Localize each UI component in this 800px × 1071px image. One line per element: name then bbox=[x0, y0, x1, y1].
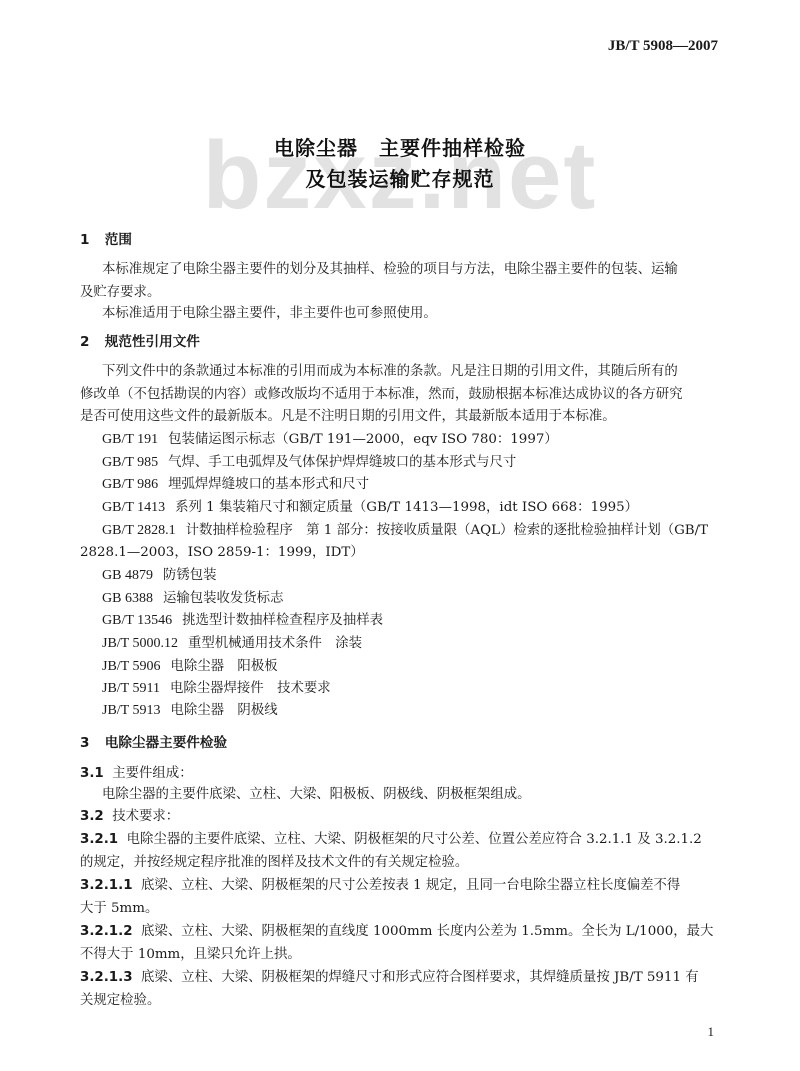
clause-number: 3.2.1 bbox=[80, 832, 118, 847]
section-number: 2 bbox=[80, 334, 100, 350]
clause-3-2-1-3-line2: 关规定检验。 bbox=[80, 993, 160, 1009]
reference-item: GB/T 986埋弧焊焊缝坡口的基本形式和尺寸 bbox=[102, 477, 369, 493]
reference-title: 计数抽样检验程序 第 1 部分：按接收质量限（AQL）检索的逐批检验抽样计划（G… bbox=[186, 523, 708, 538]
section-title: 范围 bbox=[105, 232, 132, 248]
clause-text: 底梁、立柱、大梁、阴极框架的尺寸公差按表 1 规定，且同一台电除尘器立柱长度偏差… bbox=[141, 878, 680, 893]
reference-item: GB/T 2828.1计数抽样检验程序 第 1 部分：按接收质量限（AQL）检索… bbox=[102, 523, 708, 539]
reference-title: 挑选型计数抽样检查程序及抽样表 bbox=[182, 613, 383, 628]
reference-title: 埋弧焊焊缝坡口的基本形式和尺寸 bbox=[168, 477, 369, 492]
section-title: 电除尘器主要件检验 bbox=[105, 735, 227, 751]
reference-title: 电除尘器 阴极线 bbox=[170, 703, 277, 718]
section-1-para1-line2: 及贮存要求。 bbox=[80, 285, 160, 301]
section-2-intro-line1: 下列文件中的条款通过本标准的引用而成为本标准的条款。凡是注日期的引用文件，其随后… bbox=[102, 364, 678, 380]
document-page: JB/T 5908—2007 bzxz.net 电除尘器 主要件抽样检验 及包装… bbox=[0, 0, 800, 1071]
reference-code: JB/T 5000.12 bbox=[102, 636, 178, 652]
reference-item: JB/T 5911电除尘器焊接件 技术要求 bbox=[102, 681, 331, 697]
page-number: 1 bbox=[708, 1024, 715, 1040]
reference-title: 气焊、手工电弧焊及气体保护焊焊缝坡口的基本形式与尺寸 bbox=[168, 455, 516, 470]
reference-code: JB/T 5911 bbox=[102, 681, 160, 697]
reference-code: GB/T 13546 bbox=[102, 613, 172, 629]
reference-item: GB/T 191包装储运图示标志（GB/T 191—2000，eqv ISO 7… bbox=[102, 432, 558, 448]
reference-title: 系列 1 集装箱尺寸和额定质量（GB/T 1413—1998，idt ISO 6… bbox=[175, 500, 638, 515]
clause-number: 3.2 bbox=[80, 809, 104, 824]
reference-title: 运输包装收发货标志 bbox=[163, 591, 284, 606]
reference-title: 电除尘器 阳极板 bbox=[170, 659, 277, 674]
clause-number: 3.2.1.2 bbox=[80, 924, 133, 939]
clause-3-2: 3.2 技术要求： bbox=[80, 809, 179, 825]
reference-item: JB/T 5913电除尘器 阴极线 bbox=[102, 703, 278, 719]
clause-3-2-1-3-line1: 3.2.1.3 底梁、立柱、大梁、阴极框架的焊缝尺寸和形式应符合图样要求，其焊缝… bbox=[80, 970, 699, 986]
standard-code: JB/T 5908—2007 bbox=[608, 38, 718, 55]
clause-text: 底梁、立柱、大梁、阴极框架的直线度 1000mm 长度内公差为 1.5mm。全长… bbox=[141, 924, 713, 939]
section-1-para2: 本标准适用于电除尘器主要件，非主要件也可参照使用。 bbox=[102, 306, 437, 322]
reference-code: GB 4879 bbox=[102, 568, 153, 584]
reference-item-continuation: 2828.1—2003，ISO 2859-1：1999，IDT） bbox=[80, 545, 364, 561]
reference-item: GB 6388运输包装收发货标志 bbox=[102, 591, 283, 607]
reference-title: 防锈包装 bbox=[163, 568, 217, 583]
reference-code: GB/T 1413 bbox=[102, 500, 165, 516]
section-title: 规范性引用文件 bbox=[105, 334, 200, 350]
section-1-heading: 1 范围 bbox=[80, 232, 132, 248]
clause-3-2-1-line1: 3.2.1 电除尘器的主要件底梁、立柱、大梁、阴极框架的尺寸公差、位置公差应符合… bbox=[80, 832, 702, 848]
reference-code: GB/T 986 bbox=[102, 477, 158, 493]
clause-number: 3.1 bbox=[80, 766, 104, 781]
section-2-intro-line2: 修改单（不包括勘误的内容）或修改版均不适用于本标准，然而，鼓励根据本标准达成协议… bbox=[80, 387, 683, 403]
reference-code: GB 6388 bbox=[102, 591, 153, 607]
clause-number: 3.2.1.1 bbox=[80, 878, 133, 893]
section-1-para1-line1: 本标准规定了电除尘器主要件的划分及其抽样、检验的项目与方法，电除尘器主要件的包装… bbox=[102, 262, 678, 278]
clause-text: 底梁、立柱、大梁、阴极框架的焊缝尺寸和形式应符合图样要求，其焊缝质量按 JB/T… bbox=[141, 970, 699, 985]
reference-item: JB/T 5906电除尘器 阳极板 bbox=[102, 659, 278, 675]
section-2-heading: 2 规范性引用文件 bbox=[80, 334, 200, 350]
clause-3-2-1-1-line1: 3.2.1.1 底梁、立柱、大梁、阴极框架的尺寸公差按表 1 规定，且同一台电除… bbox=[80, 878, 680, 894]
reference-item: GB/T 985气焊、手工电弧焊及气体保护焊焊缝坡口的基本形式与尺寸 bbox=[102, 455, 516, 471]
reference-title: 重型机械通用技术条件 涂装 bbox=[188, 636, 362, 651]
clause-3-2-1-line2: 的规定，并按经规定程序批准的图样及技术文件的有关规定检验。 bbox=[80, 855, 468, 871]
clause-number: 3.2.1.3 bbox=[80, 970, 133, 985]
reference-title: 电除尘器焊接件 技术要求 bbox=[170, 681, 331, 696]
clause-3-1: 3.1 主要件组成： bbox=[80, 766, 193, 782]
reference-item: GB/T 13546挑选型计数抽样检查程序及抽样表 bbox=[102, 613, 383, 629]
clause-title: 主要件组成： bbox=[112, 766, 192, 781]
document-title-line2: 及包装运输贮存规范 bbox=[0, 163, 800, 192]
reference-code: JB/T 5906 bbox=[102, 659, 160, 675]
clause-title: 技术要求： bbox=[112, 809, 179, 824]
reference-title: 包装储运图示标志（GB/T 191—2000，eqv ISO 780：1997） bbox=[168, 432, 558, 447]
reference-code: GB/T 985 bbox=[102, 455, 158, 471]
clause-3-2-1-2-line1: 3.2.1.2 底梁、立柱、大梁、阴极框架的直线度 1000mm 长度内公差为 … bbox=[80, 924, 713, 940]
section-3-heading: 3 电除尘器主要件检验 bbox=[80, 735, 227, 751]
clause-3-2-1-2-line2: 不得大于 10mm，且梁只允许上拱。 bbox=[80, 947, 301, 963]
section-2-intro-line3: 是否可使用这些文件的最新版本。凡是不注明日期的引用文件，其最新版本适用于本标准。 bbox=[80, 409, 616, 425]
clause-3-1-body: 电除尘器的主要件底梁、立柱、大梁、阳极板、阴极线、阴极框架组成。 bbox=[102, 787, 531, 803]
reference-code: GB/T 2828.1 bbox=[102, 523, 176, 539]
section-number: 3 bbox=[80, 735, 100, 751]
reference-code: GB/T 191 bbox=[102, 432, 158, 448]
document-title-line1: 电除尘器 主要件抽样检验 bbox=[0, 132, 800, 161]
reference-item: GB 4879防锈包装 bbox=[102, 568, 217, 584]
reference-item: JB/T 5000.12重型机械通用技术条件 涂装 bbox=[102, 636, 362, 652]
section-number: 1 bbox=[80, 232, 100, 248]
clause-text: 电除尘器的主要件底梁、立柱、大梁、阴极框架的尺寸公差、位置公差应符合 3.2.1… bbox=[127, 832, 702, 847]
reference-item: GB/T 1413系列 1 集装箱尺寸和额定质量（GB/T 1413—1998，… bbox=[102, 500, 638, 516]
clause-3-2-1-1-line2: 大于 5mm。 bbox=[80, 901, 158, 917]
reference-code: JB/T 5913 bbox=[102, 703, 160, 719]
